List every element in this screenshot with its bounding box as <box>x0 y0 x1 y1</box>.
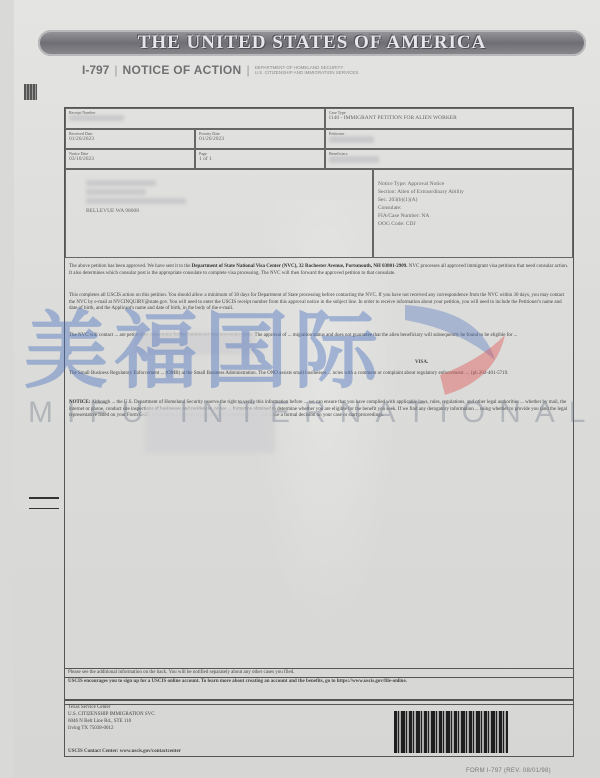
received-date-cell: Received Date 01/26/2023 <box>65 129 195 149</box>
notice-text: Although ... the U.S. Department of Home… <box>69 400 567 418</box>
nvc-address: Department of State National Visa Center… <box>192 264 408 269</box>
petitioner-value <box>329 136 569 146</box>
form-number: I-797 <box>82 63 109 77</box>
notice-oog-code: OOG Code: CDJ <box>378 220 464 228</box>
case-type-cell: Case Type I140 - IMMIGRANT PETITION FOR … <box>325 108 573 129</box>
case-type-value: I140 - IMMIGRANT PETITION FOR ALIEN WORK… <box>329 115 569 122</box>
priority-date-value: 01/26/2023 <box>199 136 321 143</box>
fold-line <box>29 497 59 499</box>
redaction-2 <box>145 408 275 453</box>
recipient-address: BELLEVUE WA 98008 <box>86 180 186 215</box>
p1-start: The above petition has been approved. We… <box>69 264 192 269</box>
paragraph-approval: The above petition has been approved. We… <box>69 264 569 277</box>
address-line-city: BELLEVUE WA 98008 <box>86 207 186 215</box>
address-line <box>86 189 186 198</box>
visa-heading: VISA. <box>415 360 569 367</box>
fold-marks <box>29 497 59 518</box>
paragraph-small-business: The Small Business Regulatory Enforcemen… <box>69 371 569 378</box>
notice-form: Receipt Number Case Type I140 - IMMIGRAN… <box>64 107 574 705</box>
title-separator-2: | <box>247 63 250 77</box>
notice-info-block: Notice Type: Approval Notice Section: Al… <box>373 169 573 258</box>
notice-date-value: 03/10/2023 <box>69 156 191 163</box>
beneficiary-cell: Beneficiary <box>325 149 573 169</box>
header-banner: THE UNITED STATES OF AMERICA <box>38 30 586 56</box>
paragraph-uscis-action: This completes all USCIS action on this … <box>69 293 569 313</box>
barcode <box>394 711 508 753</box>
qr-code-icon <box>24 84 37 100</box>
paragraph-notice: NOTICE: Although ... the U.S. Department… <box>69 400 569 420</box>
agency-name: DEPARTMENT OF HOMELAND SECURITY U.S. CIT… <box>255 65 359 75</box>
form-title-row: I-797 | NOTICE OF ACTION | DEPARTMENT OF… <box>82 62 358 78</box>
notice-consulate: Consulate: <box>378 204 464 212</box>
address-line <box>86 198 186 207</box>
form-revision: FORM I-797 (REV. 08/01/98) <box>466 768 551 774</box>
footer-divider <box>64 668 574 669</box>
page-cell: Page 1 of 1 <box>195 149 325 169</box>
notice-type: Notice Type: Approval Notice <box>378 180 464 188</box>
title-separator: | <box>114 63 117 77</box>
beneficiary-value <box>329 156 569 166</box>
received-date-value: 01/26/2023 <box>69 136 191 143</box>
notice-info: Notice Type: Approval Notice Section: Al… <box>378 180 464 228</box>
page-value: 1 of 1 <box>199 156 321 163</box>
agency-line-2: U.S. CITIZENSHIP AND IMMIGRATION SERVICE… <box>255 70 359 75</box>
form-title: NOTICE OF ACTION <box>122 63 241 77</box>
recipient-address-block: BELLEVUE WA 98008 <box>65 169 373 258</box>
notice-section: Section: Alien of Extraordinary Ability <box>378 188 464 196</box>
notice-date-cell: Notice Date 03/10/2023 <box>65 149 195 169</box>
redaction-1 <box>135 333 255 355</box>
banner-text: THE UNITED STATES OF AMERICA <box>138 32 487 54</box>
petitioner-cell: Petitioner <box>325 129 573 149</box>
notice-case-number: FIA/Case Number: NA <box>378 212 464 220</box>
notice-label: NOTICE: <box>69 400 90 405</box>
additional-info-text: Please see the additional information on… <box>68 670 294 676</box>
footer-divider <box>64 677 574 678</box>
fold-line <box>29 508 59 510</box>
receipt-number-cell: Receipt Number <box>65 108 325 129</box>
notice-sec-code: Sec. 203(b)(1)(A) <box>378 196 464 204</box>
address-line <box>86 180 186 189</box>
priority-date-cell: Priority Date 01/26/2023 <box>195 129 325 149</box>
online-account-text: USCIS encourages you to sign up for a US… <box>68 679 558 685</box>
receipt-number-value <box>69 115 321 124</box>
